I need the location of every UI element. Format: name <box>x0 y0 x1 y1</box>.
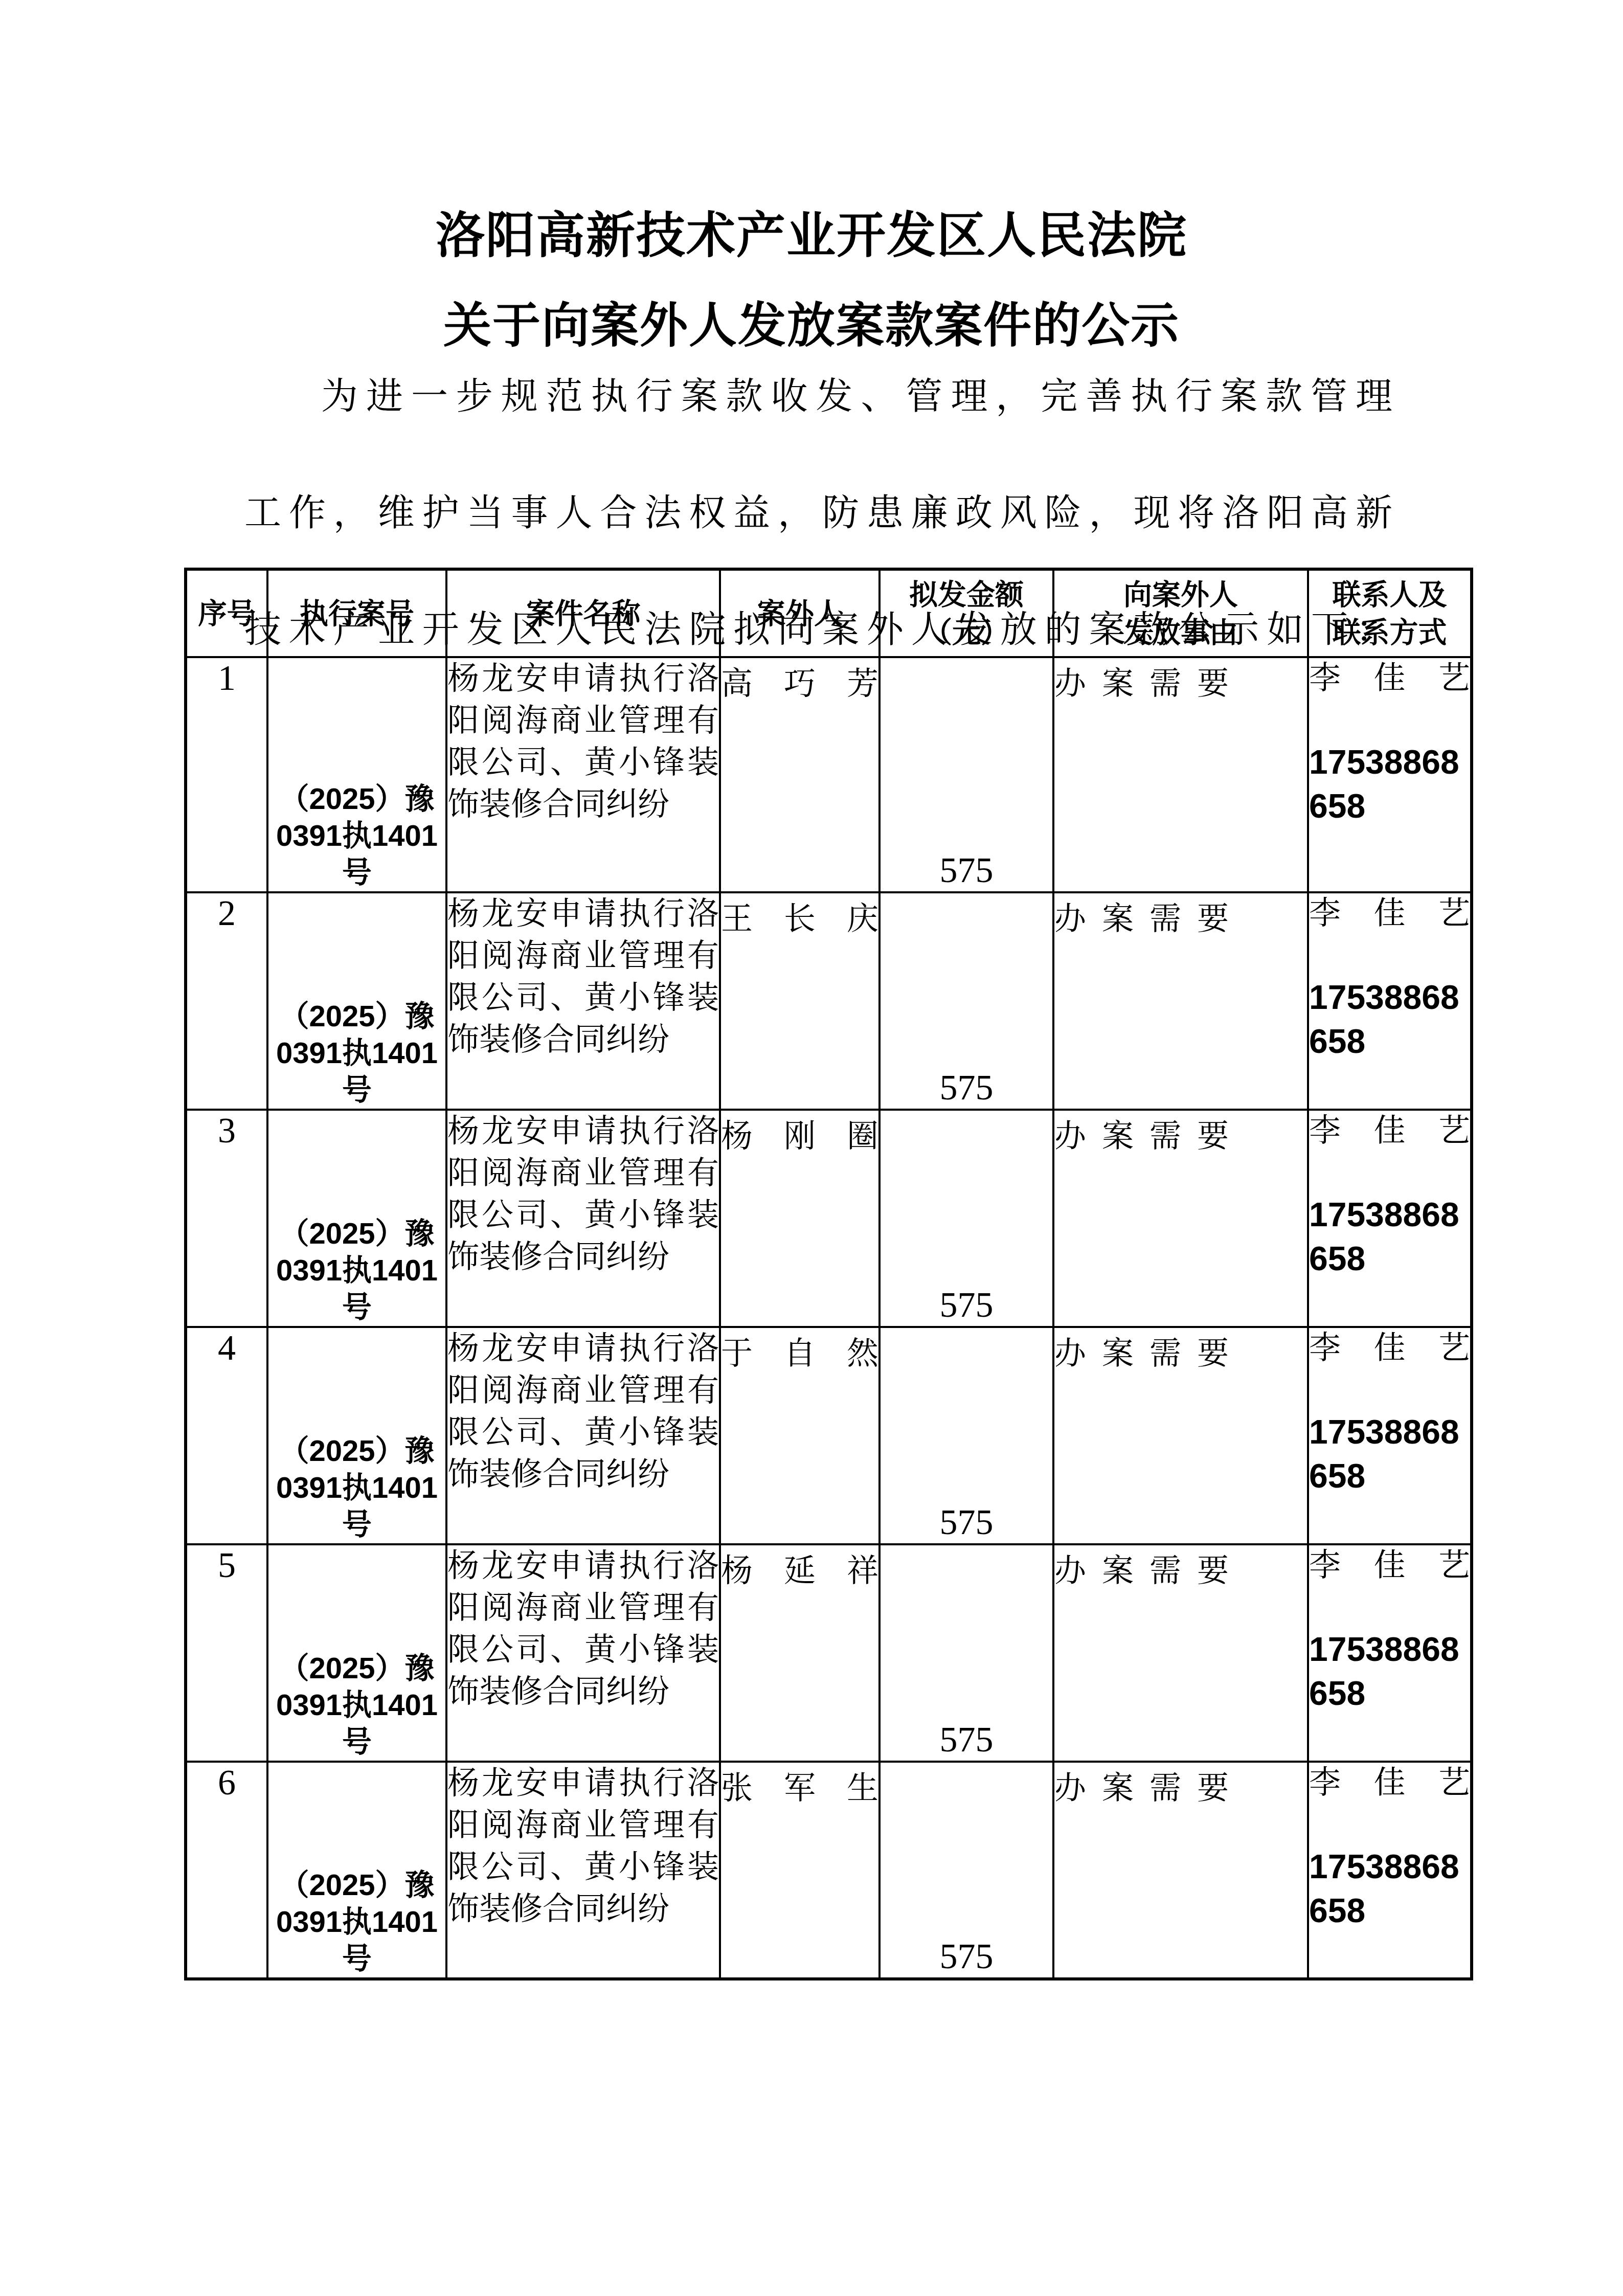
page-title-subject: 关于向案外人发放案款案件的公示 <box>0 299 1623 352</box>
cell-case-name: 杨龙安申请执行洛阳阅海商业管理有限公司、黄小锋装饰装修合同纠纷 <box>446 1762 720 1979</box>
outsider-name: 杨延祥 <box>721 1545 878 1627</box>
case-funds-table: 序号 执行案号 案件名称 案外人 拟发金额 （元） 向案外人 发放事由 联系人及… <box>184 568 1473 1980</box>
table-row: 2 （2025）豫 0391执1401 号 杨龙安申请执行洛阳阅海商业管理有限公… <box>186 892 1472 1110</box>
cell-case-name: 杨龙安申请执行洛阳阅海商业管理有限公司、黄小锋装饰装修合同纠纷 <box>446 1544 720 1762</box>
cell-contact: 李佳艺 17538868658 <box>1308 657 1472 892</box>
cell-reason: 办案需要 <box>1053 1110 1308 1327</box>
column-header-amount: 拟发金额 （元） <box>880 569 1053 657</box>
cell-outsider: 王长庆 <box>720 892 880 1110</box>
cell-outsider: 于自然 <box>720 1327 880 1544</box>
contact-phone: 17538868658 <box>1309 743 1459 825</box>
table-row: 4 （2025）豫 0391执1401 号 杨龙安申请执行洛阳阅海商业管理有限公… <box>186 1327 1472 1544</box>
outsider-name: 王长庆 <box>721 893 878 975</box>
outsider-name: 于自然 <box>721 1328 878 1410</box>
cell-outsider: 杨延祥 <box>720 1544 880 1762</box>
contact-name: 李佳艺 <box>1309 1763 1470 1844</box>
cell-seq: 2 <box>186 892 267 1110</box>
cell-reason: 办案需要 <box>1053 892 1308 1110</box>
table-row: 1 （2025）豫 0391执1401 号 杨龙安申请执行洛阳阅海商业管理有限公… <box>186 657 1472 892</box>
table-row: 3 （2025）豫 0391执1401 号 杨龙安申请执行洛阳阅海商业管理有限公… <box>186 1110 1472 1327</box>
column-header-case-no: 执行案号 <box>267 569 446 657</box>
cell-seq: 5 <box>186 1544 267 1762</box>
contact-name: 李佳艺 <box>1309 1545 1470 1627</box>
column-header-seq: 序号 <box>186 569 267 657</box>
column-header-case-name: 案件名称 <box>446 569 720 657</box>
cell-case-name: 杨龙安申请执行洛阳阅海商业管理有限公司、黄小锋装饰装修合同纠纷 <box>446 1110 720 1327</box>
cell-case-no: （2025）豫 0391执1401 号 <box>267 1762 446 1979</box>
column-header-contact: 联系人及 联系方式 <box>1308 569 1472 657</box>
cell-outsider: 张军生 <box>720 1762 880 1979</box>
cell-outsider: 高巧芳 <box>720 657 880 892</box>
cell-amount: 575 <box>880 1110 1053 1327</box>
cell-case-no: （2025）豫 0391执1401 号 <box>267 1544 446 1762</box>
contact-phone: 17538868658 <box>1309 1413 1459 1495</box>
contact-name: 李佳艺 <box>1309 658 1470 740</box>
contact-phone: 17538868658 <box>1309 1196 1459 1277</box>
document-page: 洛阳高新技术产业开发区人民法院 关于向案外人发放案款案件的公示 为进一步规范执行… <box>0 0 1623 2296</box>
contact-phone: 17538868658 <box>1309 978 1459 1060</box>
cell-seq: 6 <box>186 1762 267 1979</box>
cell-amount: 575 <box>880 1327 1053 1544</box>
cell-amount: 575 <box>880 657 1053 892</box>
cell-amount: 575 <box>880 1544 1053 1762</box>
cell-case-no: （2025）豫 0391执1401 号 <box>267 1110 446 1327</box>
contact-phone: 17538868658 <box>1309 1630 1459 1712</box>
outsider-name: 高巧芳 <box>721 658 878 740</box>
cell-seq: 1 <box>186 657 267 892</box>
table-row: 6 （2025）豫 0391执1401 号 杨龙安申请执行洛阳阅海商业管理有限公… <box>186 1762 1472 1979</box>
cell-seq: 3 <box>186 1110 267 1327</box>
cell-reason: 办案需要 <box>1053 1327 1308 1544</box>
cell-outsider: 杨刚圈 <box>720 1110 880 1327</box>
page-title-court: 洛阳高新技术产业开发区人民法院 <box>0 209 1623 263</box>
outsider-name: 杨刚圈 <box>721 1111 878 1192</box>
table-row: 5 （2025）豫 0391执1401 号 杨龙安申请执行洛阳阅海商业管理有限公… <box>186 1544 1472 1762</box>
contact-name: 李佳艺 <box>1309 893 1470 975</box>
cell-contact: 李佳艺 17538868658 <box>1308 1762 1472 1979</box>
contact-name: 李佳艺 <box>1309 1111 1470 1192</box>
cell-amount: 575 <box>880 1762 1053 1979</box>
cell-case-name: 杨龙安申请执行洛阳阅海商业管理有限公司、黄小锋装饰装修合同纠纷 <box>446 657 720 892</box>
cell-contact: 李佳艺 17538868658 <box>1308 1544 1472 1762</box>
column-header-reason: 向案外人 发放事由 <box>1053 569 1308 657</box>
cell-case-no: （2025）豫 0391执1401 号 <box>267 1327 446 1544</box>
cell-case-no: （2025）豫 0391执1401 号 <box>267 892 446 1110</box>
intro-line: 为进一步规范执行案款收发、管理，完善执行案款管理 <box>244 367 1392 484</box>
cell-reason: 办案需要 <box>1053 1544 1308 1762</box>
outsider-name: 张军生 <box>721 1763 878 1844</box>
cell-contact: 李佳艺 17538868658 <box>1308 892 1472 1110</box>
cell-contact: 李佳艺 17538868658 <box>1308 1110 1472 1327</box>
contact-phone: 17538868658 <box>1309 1848 1459 1929</box>
cell-seq: 4 <box>186 1327 267 1544</box>
cell-case-name: 杨龙安申请执行洛阳阅海商业管理有限公司、黄小锋装饰装修合同纠纷 <box>446 1327 720 1544</box>
cell-contact: 李佳艺 17538868658 <box>1308 1327 1472 1544</box>
cell-case-no: （2025）豫 0391执1401 号 <box>267 657 446 892</box>
table-header-row: 序号 执行案号 案件名称 案外人 拟发金额 （元） 向案外人 发放事由 联系人及… <box>186 569 1472 657</box>
cell-amount: 575 <box>880 892 1053 1110</box>
cell-reason: 办案需要 <box>1053 657 1308 892</box>
column-header-outsider: 案外人 <box>720 569 880 657</box>
contact-name: 李佳艺 <box>1309 1328 1470 1410</box>
cell-case-name: 杨龙安申请执行洛阳阅海商业管理有限公司、黄小锋装饰装修合同纠纷 <box>446 892 720 1110</box>
cell-reason: 办案需要 <box>1053 1762 1308 1979</box>
